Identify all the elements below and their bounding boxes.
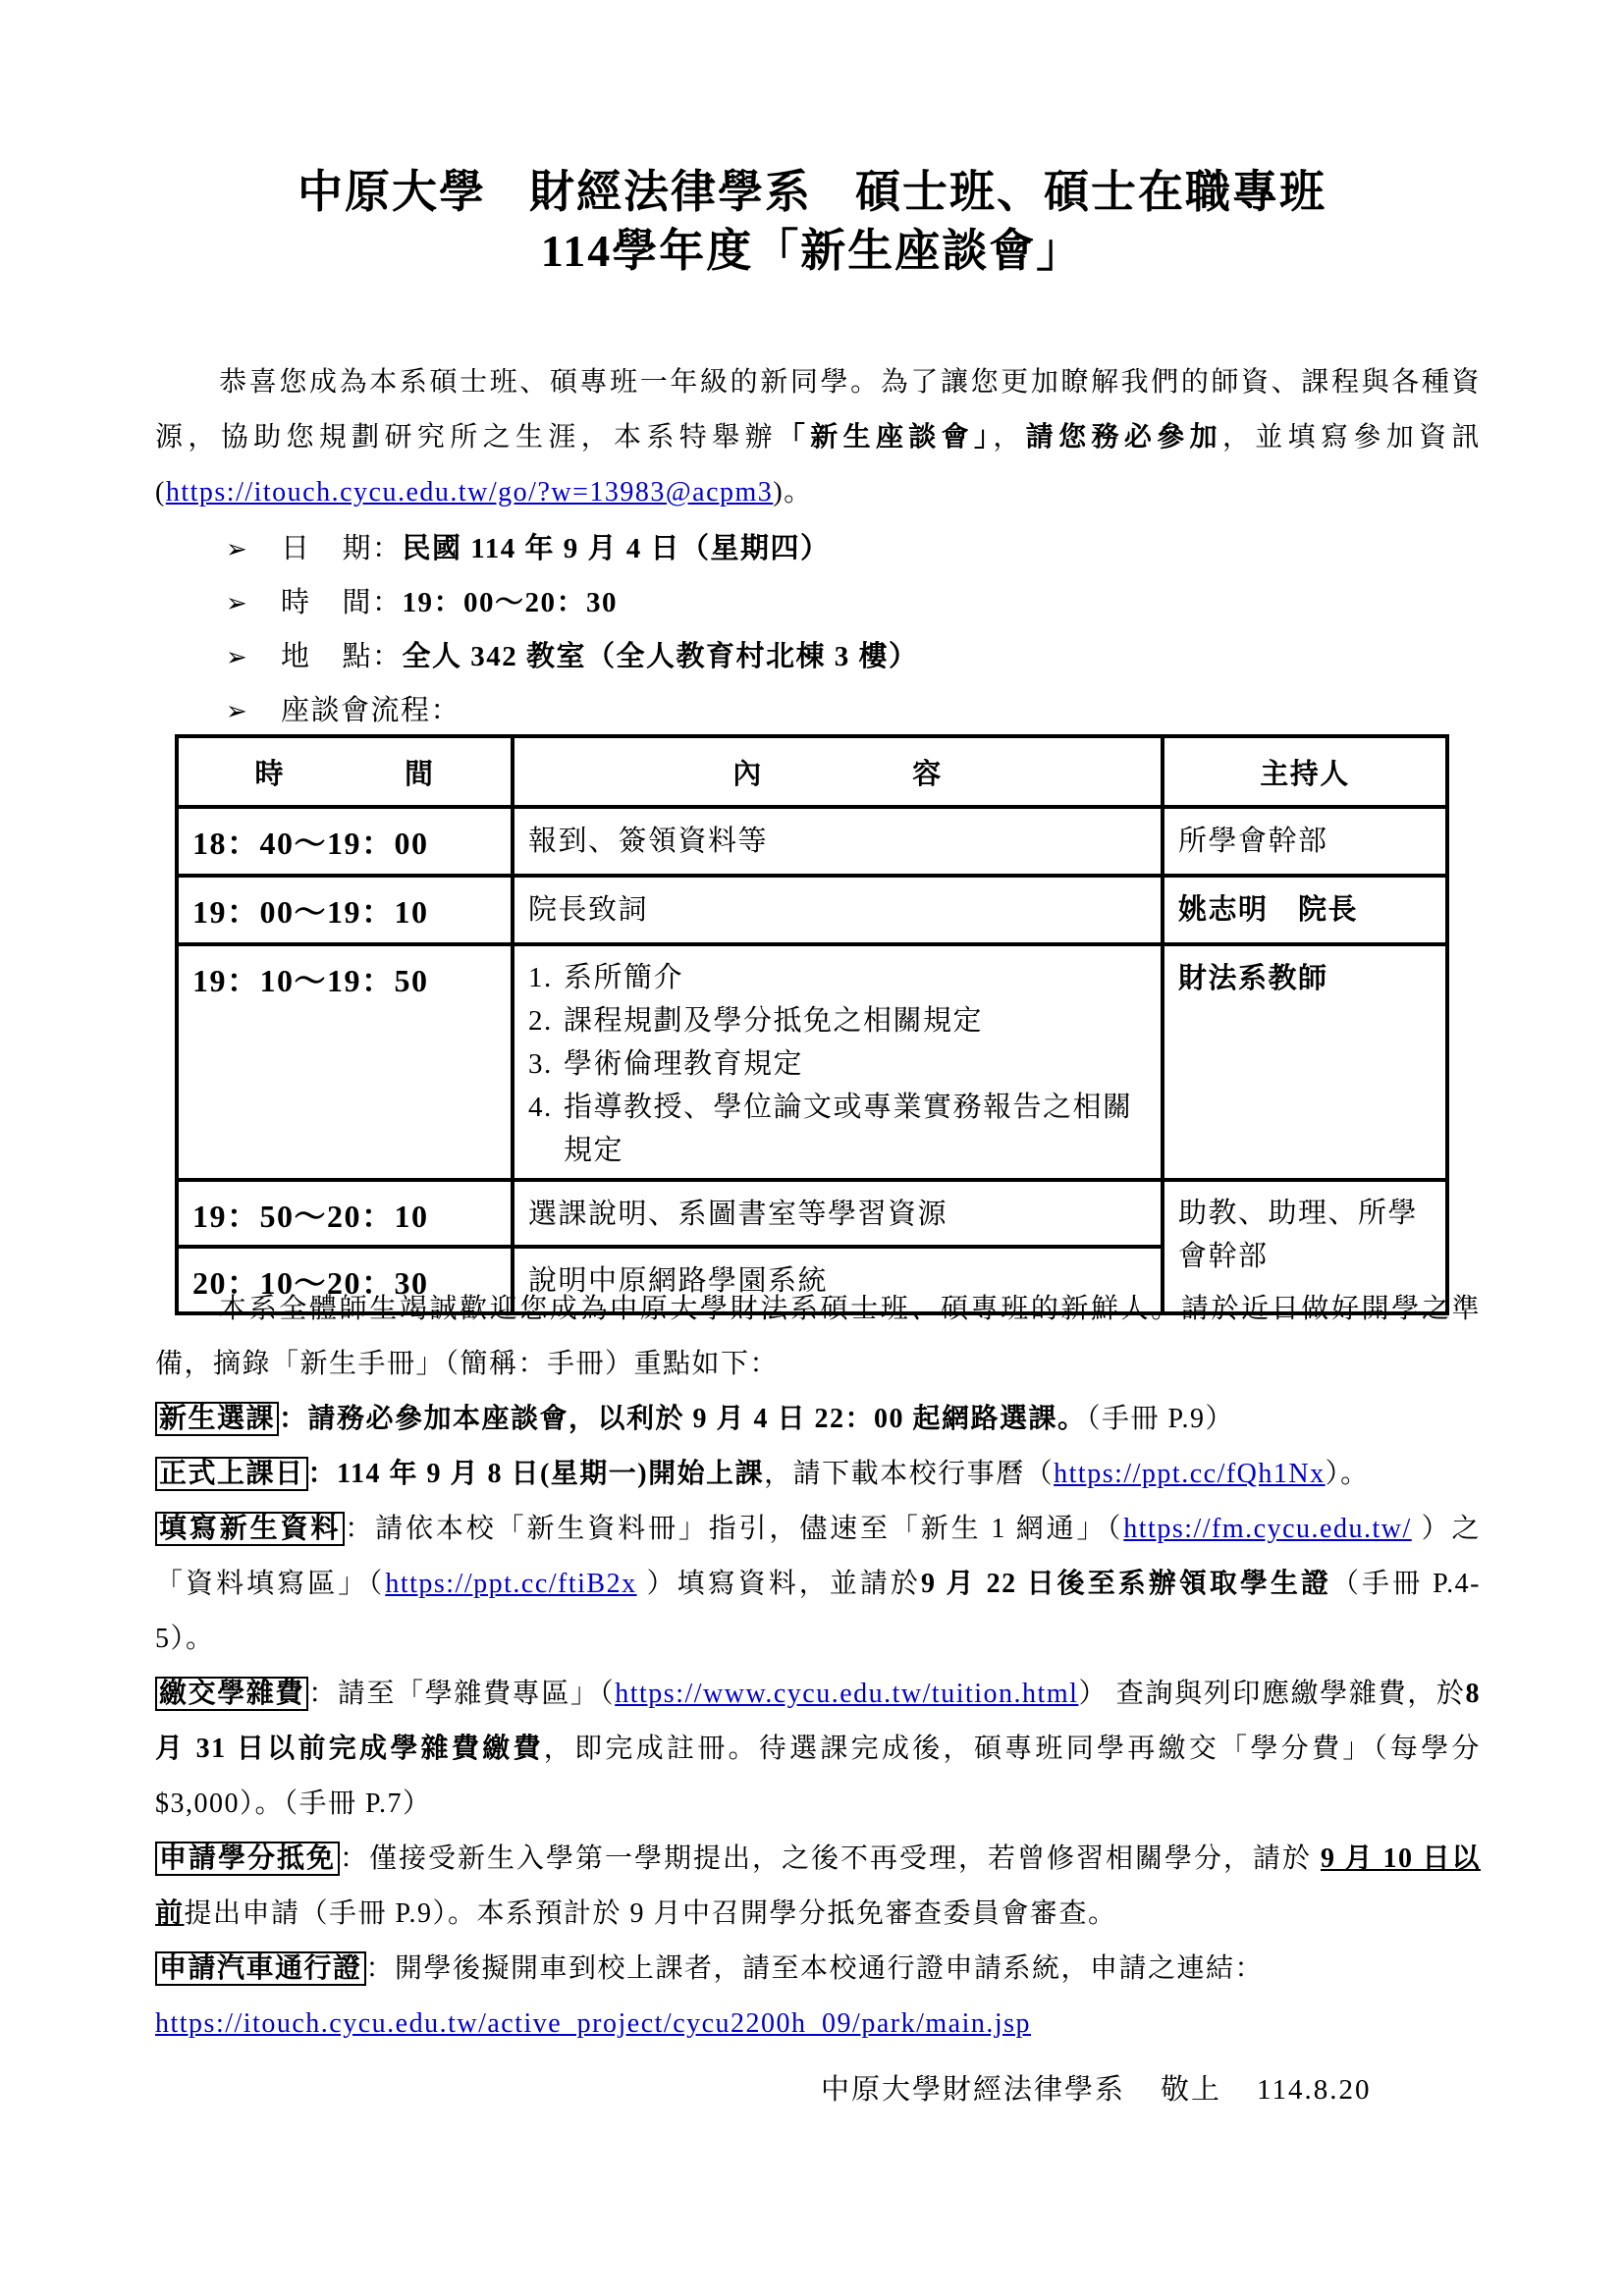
calendar-link[interactable]: https://ppt.cc/fQh1Nx bbox=[1054, 1459, 1325, 1489]
detail-time: ➢時間：19：00～20：30 bbox=[226, 576, 919, 630]
section-parking: 申請汽車通行證：開學後擬開車到校上課者，請至本校通行證申請系統，申請之連結：ht… bbox=[155, 1942, 1481, 2052]
schedule-table: 時 間 內 容 主持人 18：40～19：00 報到、簽領資料等 所學會幹部 1… bbox=[175, 734, 1449, 1315]
event-name: 「新生座談會」 bbox=[778, 422, 994, 453]
signature-closing: 敬上 bbox=[1161, 2074, 1221, 2106]
section-course-selection: 新生選課：請務必參加本座談會，以利於 9 月 4 日 22：00 起網路選課。（… bbox=[155, 1392, 1481, 1447]
detail-location: ➢地點：全人 342 教室（全人教育村北棟 3 樓） bbox=[226, 630, 919, 684]
table-row: 19：50～20：10 選課說明、系圖書室等學習資源 助教、助理、所學會幹部 bbox=[177, 1180, 1447, 1247]
signature-date: 114.8.20 bbox=[1257, 2074, 1371, 2106]
intro-paragraph: 恭喜您成為本系碩士班、碩專班一年級的新同學。為了讓您更加瞭解我們的師資、課程與各… bbox=[155, 355, 1481, 520]
detail-date: ➢日期：民國 114 年 9 月 4 日（星期四） bbox=[226, 522, 919, 576]
freshman-portal-link[interactable]: https://fm.cycu.edu.tw/ bbox=[1123, 1514, 1411, 1544]
agenda-items: 1.系所簡介 2.課程規劃及學分抵免之相關規定 3.學術倫理教育規定 4.指導教… bbox=[528, 956, 1147, 1172]
event-details-list: ➢日期：民國 114 年 9 月 4 日（星期四） ➢時間：19：00～20：3… bbox=[226, 522, 919, 738]
arrow-bullet-icon: ➢ bbox=[226, 684, 281, 738]
university-name: 中原大學 bbox=[298, 167, 486, 217]
attendance-required: 請您務必參加 bbox=[1026, 422, 1222, 453]
header-host: 主持人 bbox=[1163, 736, 1447, 807]
arrow-bullet-icon: ➢ bbox=[226, 630, 281, 684]
section-label: 正式上課日 bbox=[155, 1457, 308, 1491]
detail-agenda: ➢座談會流程： bbox=[226, 684, 919, 738]
signature: 中原大學財經法律學系敬上114.8.20 bbox=[821, 2067, 1371, 2108]
welcome-paragraph: 本系全體師生竭誠歡迎您成為中原大學財法系碩士班、碩專班的新鮮人。請於近日做好開學… bbox=[155, 1282, 1481, 1392]
section-student-info: 填寫新生資料：請依本校「新生資料冊」指引，儘速至「新生 1 網通」（https:… bbox=[155, 1502, 1481, 1667]
registration-link[interactable]: https://itouch.cycu.edu.tw/go/?w=13983@a… bbox=[166, 477, 773, 507]
parking-permit-link[interactable]: https://itouch.cycu.edu.tw/active_projec… bbox=[155, 2008, 1031, 2039]
section-tuition: 繳交學雜費：請至「學雜費專區」（https://www.cycu.edu.tw/… bbox=[155, 1667, 1481, 1832]
section-credit-waiver: 申請學分抵免：僅接受新生入學第一學期提出，之後不再受理，若曾修習相關學分，請於 … bbox=[155, 1832, 1481, 1942]
program-name: 碩士班、碩士在職專班 bbox=[855, 167, 1326, 217]
list-item: 2.課程規劃及學分抵免之相關規定 bbox=[528, 999, 1147, 1042]
table-header-row: 時 間 內 容 主持人 bbox=[177, 736, 1447, 807]
section-label: 繳交學雜費 bbox=[155, 1677, 308, 1711]
section-class-start: 正式上課日：114 年 9 月 8 日(星期一)開始上課，請下載本校行事曆（ht… bbox=[155, 1447, 1481, 1502]
header-content: 內 容 bbox=[513, 736, 1163, 807]
document-title-line2: 114學年度「新生座談會」 bbox=[0, 224, 1624, 279]
header-time: 時 間 bbox=[177, 736, 513, 807]
document-title-line1: 中原大學財經法律學系碩士班、碩士在職專班 bbox=[0, 165, 1624, 220]
tuition-link[interactable]: https://www.cycu.edu.tw/tuition.html bbox=[615, 1679, 1078, 1709]
data-entry-link[interactable]: https://ppt.cc/ftiB2x bbox=[385, 1569, 636, 1599]
list-item: 4.指導教授、學位論文或專業實務報告之相關規定 bbox=[528, 1086, 1147, 1172]
section-label: 新生選課 bbox=[155, 1402, 279, 1436]
signature-org: 中原大學財經法律學系 bbox=[821, 2074, 1125, 2106]
department-name: 財經法律學系 bbox=[529, 167, 812, 217]
section-label: 申請汽車通行證 bbox=[155, 1951, 366, 1986]
section-label: 申請學分抵免 bbox=[155, 1842, 340, 1876]
section-label: 填寫新生資料 bbox=[155, 1512, 345, 1546]
table-row: 18：40～19：00 報到、簽領資料等 所學會幹部 bbox=[177, 807, 1447, 876]
list-item: 3.學術倫理教育規定 bbox=[528, 1042, 1147, 1086]
table-row: 19：00～19：10 院長致詞 姚志明 院長 bbox=[177, 876, 1447, 944]
arrow-bullet-icon: ➢ bbox=[226, 576, 281, 630]
arrow-bullet-icon: ➢ bbox=[226, 522, 281, 576]
table-row: 19：10～19：50 1.系所簡介 2.課程規劃及學分抵免之相關規定 3.學術… bbox=[177, 944, 1447, 1180]
list-item: 1.系所簡介 bbox=[528, 956, 1147, 999]
